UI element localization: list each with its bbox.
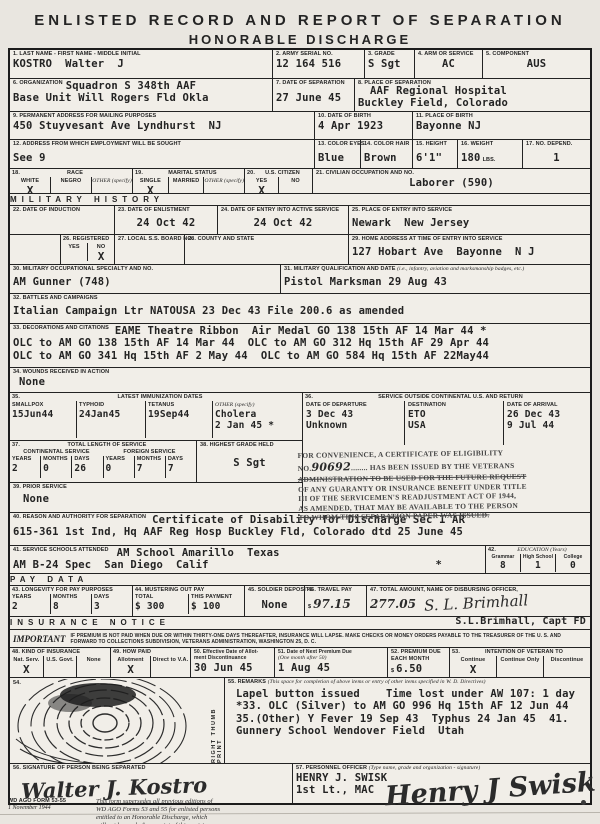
field-label: 6. ORGANIZATION	[13, 80, 63, 87]
field-value: None	[248, 599, 301, 611]
insurance-option: U.S. Govt.	[43, 656, 77, 677]
field-name: 1. LAST NAME - FIRST NAME - MIDDLE INITI…	[10, 50, 272, 78]
field-highest-grade: 38. HIGHEST GRADE HELD S Sgt	[197, 441, 302, 482]
field-value: 24 Oct 42	[221, 217, 345, 229]
cell-header: DAYS	[94, 594, 130, 601]
option-label: Discontinue	[544, 657, 590, 664]
form-date: 1 November 1944	[8, 805, 96, 811]
mustering-cell: THIS PAYMENT$ 100	[189, 594, 244, 614]
field-label: 30. MILITARY OCCUPATIONAL SPECIALTY AND …	[13, 266, 277, 273]
cell-value: 3	[94, 601, 130, 612]
departure-col: DATE OF DEPARTURE 3 Dec 43 Unknown	[303, 401, 405, 445]
field-title: TOTAL LENGTH OF SERVICE	[20, 442, 194, 449]
field-local-board: 27. LOCAL S.S. BOARD NO.	[114, 235, 184, 264]
field-label: 52. PREMIUM DUE	[391, 649, 446, 656]
field-height: 15. HEIGHT 6'1"	[412, 140, 457, 168]
field-value: OLC to AM GO 341 Hq 15th AF 2 May 44 OLC…	[13, 350, 587, 362]
field-home-address-entry: 29. HOME ADDRESS AT TIME OF ENTRY INTO S…	[348, 235, 590, 264]
field-label: 5. COMPONENT	[486, 51, 587, 58]
checkbox-mark: X	[10, 664, 43, 675]
field-value: 27 June 45	[276, 92, 351, 104]
row-signatures: 56. SIGNATURE OF PERSON BEING SEPARATED …	[10, 763, 590, 803]
field-veteran-intention: 53. INTENTION OF VETERAN TO ContinueX Co…	[449, 648, 590, 677]
field-value: Unknown	[306, 420, 401, 431]
important-label: IMPORTANT	[13, 634, 66, 644]
field-active-service-date: 24. DATE OF ENTRY INTO ACTIVE SERVICE 24…	[217, 206, 348, 234]
field-value: AM School Amarillo Texas	[117, 547, 280, 559]
field-value: 24Jan45	[79, 409, 143, 420]
service-cell: YEARS2	[10, 456, 41, 478]
disbursing-officer-typed-name: S.L.Brimhall, Capt FD	[455, 616, 586, 628]
field-dependents: 17. NO. DEPEND. 1	[522, 140, 590, 168]
document-title: ENLISTED RECORD AND REPORT OF SEPARATION	[0, 12, 600, 29]
field-value: 24 Oct 42	[118, 217, 214, 229]
field-value: None	[13, 376, 587, 388]
checkbox-mark: X	[450, 664, 496, 675]
row-address: 9. PERMANENT ADDRESS FOR MAILING PURPOSE…	[10, 111, 590, 139]
field-title: LATEST IMMUNIZATION DATES	[20, 394, 300, 401]
field-note: (One month after 50)	[278, 655, 384, 662]
option-label: U.S. Govt.	[44, 657, 77, 664]
field-value: 26 Dec 43	[507, 409, 587, 420]
education-col: College 0	[556, 554, 590, 572]
row-important: IMPORTANT IF PREMIUM IS NOT PAID WHEN DU…	[10, 629, 590, 647]
field-label: 46. TRAVEL PAY	[308, 587, 363, 594]
cell-value: 2	[12, 463, 38, 474]
field-travel-pay: 46. TRAVEL PAY $ 97.15	[304, 586, 366, 616]
field-label: 23. DATE OF ENLISTMENT	[118, 207, 214, 214]
column-header: OTHER (specify)	[215, 402, 300, 409]
document-subtitle: HONORABLE DISCHARGE	[0, 32, 600, 47]
cell-header: YEARS	[12, 594, 48, 601]
field-number: 37.	[12, 442, 20, 449]
field-label: 17. NO. DEPEND.	[526, 141, 587, 148]
option-label: NEGRO	[51, 178, 91, 185]
row-identity: 1. LAST NAME - FIRST NAME - MIDDLE INITI…	[10, 50, 590, 78]
field-eyes: 13. COLOR EYES Blue	[314, 140, 360, 168]
field-birth-place: 11. PLACE OF BIRTH Bayonne NJ	[412, 112, 590, 139]
cell-value: 8	[53, 601, 89, 612]
field-value: 3 Dec 43	[306, 409, 401, 420]
discharge-document: ENLISTED RECORD AND REPORT OF SEPARATION…	[0, 0, 600, 824]
field-total-amount: 47. TOTAL AMOUNT, NAME OF DISBURSING OFF…	[366, 586, 590, 616]
field-enlistment-date: 23. DATE OF ENLISTMENT 24 Oct 42	[114, 206, 217, 234]
longevity-cell: DAYS3	[92, 594, 132, 614]
field-county-state: 28. COUNTY AND STATE	[184, 235, 348, 264]
immunization-col: SMALLPOX 15Jun44	[10, 401, 77, 438]
field-title: EDUCATION (Years)	[496, 547, 588, 554]
cell-header: MONTHS	[137, 456, 163, 463]
field-value: S Sgt	[368, 58, 411, 70]
field-label: 55. REMARKS	[228, 679, 268, 685]
form-number: WD AGO FORM 53-55	[8, 798, 96, 805]
field-mailing-address: 9. PERMANENT ADDRESS FOR MAILING PURPOSE…	[10, 112, 314, 139]
destination-col: DESTINATION ETO USA	[405, 401, 504, 445]
field-how-paid: 49. HOW PAID AllotmentX Direct to V.A.	[110, 648, 190, 677]
race-option: OTHER (specify)	[91, 177, 132, 193]
separation-form: 1. LAST NAME - FIRST NAME - MIDDLE INITI…	[8, 48, 592, 805]
cell-header: THIS PAYMENT	[191, 594, 242, 601]
longevity-cell: MONTHS8	[51, 594, 92, 614]
row-battles: 32. BATTLES AND CAMPAIGNS Italian Campai…	[10, 293, 590, 323]
field-mos: 30. MILITARY OCCUPATIONAL SPECIALTY AND …	[10, 265, 280, 293]
longevity-cell: YEARS2	[10, 594, 51, 614]
option-label: OTHER (specify)	[204, 178, 244, 185]
field-label: 49. HOW PAID	[111, 648, 190, 656]
field-length-of-service: 37. TOTAL LENGTH OF SERVICE CONTINENTAL …	[10, 441, 197, 482]
registered-option: NO X	[87, 243, 114, 261]
immunization-col: TETANUS 19Sep44	[146, 401, 213, 438]
field-grade: 3. GRADE S Sgt	[364, 50, 414, 78]
cell-header: YEARS	[12, 456, 38, 463]
option-label: Continue Only	[497, 657, 543, 664]
immunization-col: TYPHOID 24Jan45	[77, 401, 146, 438]
section-military-history: MILITARY HISTORY	[10, 193, 590, 205]
field-value: OLC to AM GO 138 15th AF 14 Mar 44 OLC t…	[13, 337, 587, 349]
field-value: Laborer (590)	[316, 177, 587, 189]
immunization-col: OTHER (specify) Cholera 2 Jan 45 *	[213, 401, 302, 438]
field-wounds: 34. WOUNDS RECEIVED IN ACTION None	[10, 368, 590, 392]
field-employment-address: 12. ADDRESS FROM WHICH EMPLOYMENT WILL B…	[10, 140, 314, 168]
how-paid-option: AllotmentX	[111, 656, 150, 677]
field-label: 10. DATE OF BIRTH	[318, 113, 409, 120]
field-service-schools: 41. SERVICE SCHOOLS ATTENDED AM School A…	[10, 546, 485, 573]
field-citizen: 20. U.S. CITIZEN YES X NO	[244, 169, 312, 193]
field-number: 20.	[247, 170, 255, 177]
field-value: Newark New Jersey	[352, 217, 587, 229]
field-label: 48. KIND OF INSURANCE	[10, 648, 110, 656]
note-line: This form supersedes all previous editio…	[96, 798, 306, 806]
marital-option: OTHER (specify)	[203, 177, 244, 193]
service-cell: DAYS7	[166, 456, 196, 478]
service-left-column: 35. LATEST IMMUNIZATION DATES SMALLPOX 1…	[10, 393, 302, 512]
field-birth-date: 10. DATE OF BIRTH 4 Apr 1923	[314, 112, 412, 139]
punch-dot	[581, 800, 586, 805]
citizen-option: YES X	[245, 177, 278, 193]
field-separation-place: 8. PLACE OF SEPARATION AAF Regional Hosp…	[354, 79, 590, 111]
checkbox-mark: X	[10, 185, 50, 196]
field-value: 30 Jun 45	[194, 662, 271, 674]
currency-sign: $	[308, 604, 311, 611]
row-mos: 30. MILITARY OCCUPATIONAL SPECIALTY AND …	[10, 264, 590, 293]
cell-value: $ 100	[191, 601, 242, 612]
field-number: 18.	[12, 170, 20, 177]
race-option: WHITE X	[10, 177, 50, 193]
marital-option: MARRIED	[168, 177, 204, 193]
cell-value: 2	[12, 601, 48, 612]
option-label: YES	[61, 244, 87, 251]
field-entry-place: 25. PLACE OF ENTRY INTO SERVICE Newark N…	[348, 206, 590, 234]
mustering-cell: TOTAL$ 300	[133, 594, 189, 614]
column-header: DATE OF DEPARTURE	[306, 402, 401, 409]
certificate-number: 90692	[311, 460, 351, 474]
insurance-option: None	[76, 656, 110, 677]
education-col: High School 1	[521, 554, 556, 572]
field-value: Squadron S 348th AAF	[66, 80, 196, 92]
footnote-star: *	[435, 559, 482, 571]
field-label: EACH MONTH	[391, 656, 446, 663]
field-value: Brown	[364, 152, 409, 164]
currency-sign: $	[391, 668, 394, 675]
field-label: 24. DATE OF ENTRY INTO ACTIVE SERVICE	[221, 207, 345, 214]
field-value: See 9	[13, 152, 311, 164]
field-title: RACE	[20, 170, 130, 177]
field-title: U.S. CITIZEN	[255, 170, 310, 177]
field-value: 450 Stuyvesant Ave Lyndhurst NJ	[13, 120, 311, 132]
citizen-option: NO	[278, 177, 312, 193]
field-value: AM Gunner (748)	[13, 276, 277, 288]
field-immunization: 35. LATEST IMMUNIZATION DATES SMALLPOX 1…	[10, 393, 302, 441]
how-paid-option: Direct to V.A.	[150, 656, 190, 677]
field-value: 6'1"	[416, 152, 454, 164]
thumb-print-side-label: RIGHT THUMB PRINT	[211, 682, 223, 763]
field-label: 31. MILITARY QUALIFICATION AND DATE	[284, 266, 397, 272]
field-number: 35.	[12, 394, 20, 401]
field-number: 42.	[488, 547, 496, 554]
cell-value: 7	[137, 463, 163, 474]
field-label: 11. PLACE OF BIRTH	[416, 113, 587, 120]
field-kind-of-insurance: 48. KIND OF INSURANCE Nat. Serv.X U.S. G…	[10, 648, 110, 677]
cell-header: DAYS	[168, 456, 194, 463]
field-next-premium-due: 51. Date of Next Premium Due (One month …	[274, 648, 387, 677]
field-serial: 2. ARMY SERIAL NO. 12 164 516	[272, 50, 364, 78]
insurance-option: Nat. Serv.X	[10, 656, 43, 677]
field-label: 40. REASON AND AUTHORITY FOR SEPARATION	[13, 514, 146, 521]
remark-line: 35.(Other) Y Fever 19 Sep 43 Typhus 24 J…	[228, 713, 587, 725]
field-label: 4. ARM OR SERVICE	[418, 51, 479, 58]
intention-option: Discontinue	[543, 656, 590, 677]
field-label: 9. PERMANENT ADDRESS FOR MAILING PURPOSE…	[13, 113, 311, 120]
row-thumb-remarks: 54. RIGHT THU	[10, 677, 590, 763]
race-option: NEGRO	[50, 177, 91, 193]
field-label: 41. SERVICE SCHOOLS ATTENDED	[13, 547, 109, 554]
field-title: SERVICE OUTSIDE CONTINENTAL U.S. AND RET…	[313, 394, 588, 401]
field-hair: 14. COLOR HAIR Brown	[360, 140, 412, 168]
field-premium-monthly: 52. PREMIUM DUE EACH MONTH $ 6.50	[387, 648, 449, 677]
field-value: Base Unit Will Rogers Fld Okla	[13, 92, 269, 104]
row-insurance: 48. KIND OF INSURANCE Nat. Serv.X U.S. G…	[10, 647, 590, 677]
checkbox-mark: X	[245, 185, 278, 196]
remark-line: Gunnery School Wendover Field Utah	[228, 725, 587, 737]
row-enlistment: 22. DATE OF INDUCTION 23. DATE OF ENLIST…	[10, 205, 590, 234]
field-label: 15. HEIGHT	[416, 141, 454, 148]
field-label: 21. CIVILIAN OCCUPATION AND NO.	[316, 170, 587, 177]
field-arm-service: 4. ARM OR SERVICE AC	[414, 50, 482, 78]
field-remarks: 55. REMARKS (This space for completion o…	[224, 678, 590, 763]
field-prior-service: 39. PRIOR SERVICE None	[10, 483, 302, 512]
remark-line: Lapel button issued Time lost under AW 1…	[228, 688, 587, 700]
total-amount: 277.05	[370, 597, 416, 611]
field-note: (i.e., infantry, aviation and marksmansh…	[397, 266, 524, 272]
field-label: 25. PLACE OF ENTRY INTO SERVICE	[352, 207, 587, 214]
field-label: 27. LOCAL S.S. BOARD NO.	[118, 236, 181, 243]
cell-value: 0	[43, 463, 69, 474]
cell-value: $ 300	[135, 601, 186, 612]
field-note: (Type name, grade and organization - sig…	[369, 765, 481, 771]
field-marital-status: 19. MARITAL STATUS SINGLE X MARRIED OTHE…	[132, 169, 244, 193]
cell-value: 8	[486, 560, 520, 571]
field-value: 180	[461, 152, 481, 164]
field-value: AAF Regional Hospital	[358, 85, 587, 97]
field-label: 43. LONGEVITY FOR PAY PURPOSES	[10, 586, 132, 594]
field-label: 26. REGISTERED	[61, 235, 114, 243]
field-component: 5. COMPONENT AUS	[482, 50, 590, 78]
field-title: INTENTION OF VETERAN TO	[460, 649, 588, 656]
field-race: 18. RACE WHITE X NEGRO OTHER (specify)	[10, 169, 132, 193]
field-education: 42. EDUCATION (Years) Grammar 8 High Sch…	[485, 546, 590, 573]
group-header: CONTINENTAL SERVICE	[10, 449, 103, 456]
column-header: DESTINATION	[408, 402, 500, 409]
field-value: Buckley Field, Colorado	[358, 97, 587, 109]
field-mustering-pay: 44. MUSTERING OUT PAY TOTAL$ 300 THIS PA…	[132, 586, 244, 616]
cell-header: YEARS	[106, 456, 132, 463]
field-value: 615-361 1st Ind, Hq AAF Reg Hosp Buckley…	[13, 526, 587, 538]
column-header: TETANUS	[148, 402, 210, 409]
cell-header: DAYS	[74, 456, 100, 463]
field-induction-date: 22. DATE OF INDUCTION	[10, 206, 114, 234]
field-number: 19.	[135, 170, 143, 177]
checkbox-mark: X	[133, 185, 168, 196]
field-value: 97.15	[313, 597, 351, 611]
field-label: 2. ARMY SERIAL NO.	[276, 51, 361, 58]
group-header: FOREIGN SERVICE	[103, 449, 196, 456]
cell-value: 7	[168, 463, 194, 474]
field-label: 34. WOUNDS RECEIVED IN ACTION	[13, 369, 587, 376]
field-label: 39. PRIOR SERVICE	[13, 484, 299, 491]
row-selective-service: 26. REGISTERED YES NO X 27. LOCAL S.S. B…	[10, 234, 590, 264]
supersession-note: This form supersedes all previous editio…	[96, 798, 306, 824]
field-label: 44. MUSTERING OUT PAY	[133, 586, 244, 594]
field-label: 22. DATE OF INDUCTION	[13, 207, 111, 214]
field-number: 36.	[305, 394, 313, 401]
field-title: MARITAL STATUS	[143, 170, 242, 177]
field-battles-campaigns: 32. BATTLES AND CAMPAIGNS Italian Campai…	[10, 294, 590, 323]
registered-option: YES	[61, 243, 87, 261]
field-value: Cholera	[215, 409, 300, 420]
row-schools: 41. SERVICE SCHOOLS ATTENDED AM School A…	[10, 545, 590, 573]
disbursing-officer-signature: S. L. Brimhall	[424, 591, 529, 614]
row-pay: 43. LONGEVITY FOR PAY PURPOSES YEARS2 MO…	[10, 585, 590, 616]
option-label: Direct to V.A.	[151, 657, 190, 664]
field-label: 33. DECORATIONS AND CITATIONS	[13, 325, 109, 332]
stamp-zone: FOR CONVENIENCE, A CERTIFICATE OF ELIGIB…	[10, 392, 590, 545]
field-value: AM B-24 Spec San Diego Calif	[13, 559, 209, 571]
arrival-col: DATE OF ARRIVAL 26 Dec 43 9 Jul 44	[504, 401, 590, 445]
service-cell: MONTHS0	[41, 456, 72, 478]
important-notice: IMPORTANT IF PREMIUM IS NOT PAID WHEN DU…	[10, 630, 590, 647]
field-value: KOSTRO Walter J	[13, 58, 269, 70]
field-label: 7. DATE OF SEPARATION	[276, 80, 351, 87]
remark-line: *33. OLC (Silver) to AM GO 996 Hq 15th A…	[228, 700, 587, 712]
section-pay-data: PAY DATA	[10, 573, 590, 585]
field-label: 29. HOME ADDRESS AT TIME OF ENTRY INTO S…	[352, 236, 587, 243]
field-value: 15Jun44	[12, 409, 74, 420]
va-eligibility-stamp: FOR CONVENIENCE, A CERTIFICATE OF ELIGIB…	[298, 447, 587, 523]
field-label: 3. GRADE	[368, 51, 411, 58]
row-physical: 12. ADDRESS FROM WHICH EMPLOYMENT WILL B…	[10, 139, 590, 168]
field-value: Blue	[318, 152, 357, 164]
field-value: 127 Hobart Ave Bayonne N J	[352, 246, 587, 258]
option-label: None	[77, 657, 110, 664]
field-value: 19Sep44	[148, 409, 210, 420]
column-header: TYPHOID	[79, 402, 143, 409]
field-label: 14. COLOR HAIR	[364, 141, 409, 148]
field-decorations: 33. DECORATIONS AND CITATIONS EAME Theat…	[10, 324, 590, 367]
field-label: 12. ADDRESS FROM WHICH EMPLOYMENT WILL B…	[13, 141, 311, 148]
field-number: 53.	[452, 649, 460, 656]
cell-header: MONTHS	[53, 594, 89, 601]
field-label: 13. COLOR EYES	[318, 141, 357, 148]
row-organization: 6. ORGANIZATION Squadron S 348th AAF Bas…	[10, 78, 590, 111]
row-demographics: 18. RACE WHITE X NEGRO OTHER (specify)	[10, 168, 590, 193]
field-thumb-print: 54. RIGHT THU	[10, 678, 224, 763]
option-label: NO	[279, 178, 312, 185]
field-military-qualification: 31. MILITARY QUALIFICATION AND DATE (i.e…	[280, 265, 590, 293]
row-wounds: 34. WOUNDS RECEIVED IN ACTION None	[10, 367, 590, 392]
selective-service-block	[10, 235, 60, 264]
thumbprint	[10, 679, 210, 763]
field-value: None	[13, 493, 299, 505]
important-text: IF PREMIUM IS NOT PAID WHEN DUE OR WITHI…	[71, 633, 587, 646]
service-cell: MONTHS7	[135, 456, 166, 478]
field-label: 16. WEIGHT	[461, 141, 519, 148]
field-value: 1	[526, 152, 587, 164]
field-value: 6.50	[396, 663, 422, 675]
column-header: SMALLPOX	[12, 402, 74, 409]
checkbox-mark: X	[88, 251, 114, 262]
intention-option: Continue Only	[496, 656, 543, 677]
column-header: DATE OF ARRIVAL	[507, 402, 587, 409]
field-value: 1 Aug 45	[278, 662, 384, 674]
field-label: 45. SOLDIER DEPOSITS	[248, 587, 301, 594]
field-allotment-discontinuance: 50. Effective Date of Allot- ment Discon…	[190, 648, 274, 677]
field-weight: 16. WEIGHT 180 LBS.	[457, 140, 522, 168]
field-value: EAME Theatre Ribbon Air Medal GO 138 15t…	[115, 325, 487, 337]
field-separation-date: 7. DATE OF SEPARATION 27 June 45	[272, 79, 354, 111]
field-value: ETO	[408, 409, 500, 420]
cell-value: 0	[106, 463, 132, 474]
field-label: 38. HIGHEST GRADE HELD	[200, 442, 299, 449]
field-note: (This space for completion of above item…	[268, 679, 486, 685]
field-soldier-deposits: 45. SOLDIER DEPOSITS None	[244, 586, 304, 616]
field-value: 12 164 516	[276, 58, 361, 70]
field-registered: 26. REGISTERED YES NO X	[60, 235, 114, 264]
note-line: entitled to an Honorable Discharge, whic…	[96, 814, 306, 822]
cell-value: 0	[556, 560, 590, 571]
field-value: 4 Apr 1923	[318, 120, 409, 132]
education-col: Grammar 8	[486, 554, 521, 572]
field-value: S Sgt	[200, 457, 299, 469]
cell-header: MONTHS	[43, 456, 69, 463]
marital-option: SINGLE X	[133, 177, 168, 193]
field-value: USA	[408, 420, 500, 431]
option-label: OTHER (specify)	[92, 178, 132, 185]
cell-header: TOTAL	[135, 594, 186, 601]
field-value: 2 Jan 45 *	[215, 420, 300, 431]
service-cell: YEARS0	[104, 456, 135, 478]
field-civilian-occupation: 21. CIVILIAN OCCUPATION AND NO. Laborer …	[312, 169, 590, 193]
field-value: Italian Campaign Ltr NATOUSA 23 Dec 43 F…	[13, 305, 587, 317]
cell-value: 1	[521, 560, 555, 571]
field-value: Pistol Marksman 29 Aug 43	[284, 276, 587, 288]
cell-value: 26	[74, 463, 100, 474]
row-length-of-service: 37. TOTAL LENGTH OF SERVICE CONTINENTAL …	[10, 441, 302, 483]
field-label: 32. BATTLES AND CAMPAIGNS	[13, 295, 587, 302]
checkbox-mark: X	[111, 664, 150, 675]
intention-option: ContinueX	[450, 656, 496, 677]
field-organization: 6. ORGANIZATION Squadron S 348th AAF Bas…	[10, 79, 272, 111]
option-label: MARRIED	[169, 178, 204, 185]
